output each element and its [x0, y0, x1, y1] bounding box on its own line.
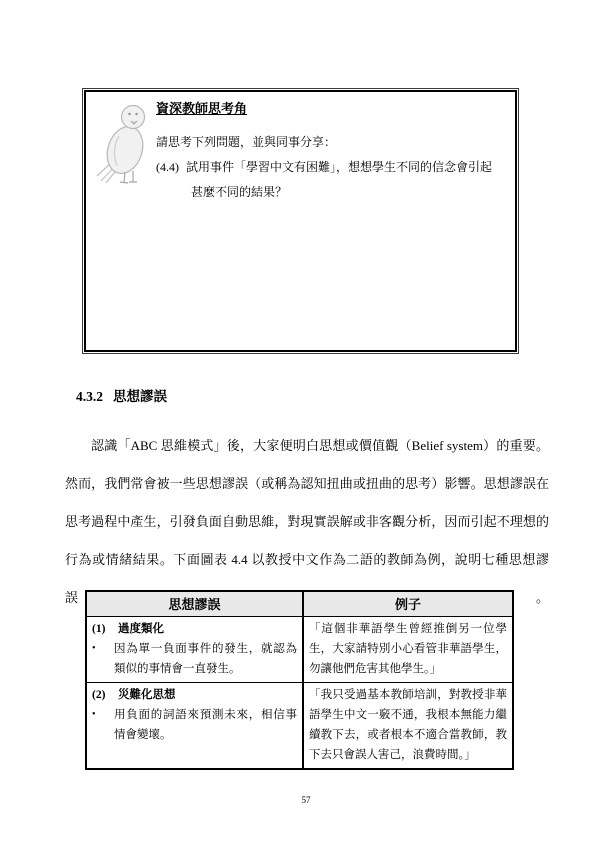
body-paragraph: 認識「ABC 思維模式」後，大家便明白思想或價值觀（Belief system）…: [65, 427, 549, 617]
fallacy-title: 過度類化: [118, 619, 164, 639]
bullet-icon: •: [92, 639, 114, 679]
question-number: (4.4): [156, 160, 179, 174]
fallacy-cell: (1) 過度類化 • 因為單一負面事件的發生，就認為類似的事情會一直發生。: [86, 616, 303, 682]
fallacy-title-row: (1) 過度類化: [92, 619, 297, 639]
section-heading: 4.3.2思想謬誤: [76, 385, 167, 405]
section-title: 思想謬誤: [113, 389, 167, 404]
thinking-box-intro: 請思考下列問題，並與同事分享：: [156, 130, 507, 155]
thinking-box-title: 資深教師思考角: [156, 100, 247, 117]
paragraph-line: 思考過程中產生，引發負面自動思維，對現實誤解或非客觀分析，因而引起不理想的: [65, 503, 549, 541]
fallacy-number: (1): [92, 619, 118, 639]
fallacy-title-row: (2) 災難化思想: [92, 685, 297, 705]
bullet-icon: •: [92, 705, 114, 745]
fallacy-description: 因為單一負面事件的發生，就認為類似的事情會一直發生。: [114, 639, 297, 679]
table-row: (2) 災難化思想 • 用負面的詞語來預測未來，相信事情會變壞。 「我只受過基本…: [86, 682, 513, 769]
example-text: 「我只受過基本教師培訓，對教授非華語學生中文一竅不通，我根本無能力繼續教下去，或…: [309, 685, 507, 765]
fallacy-table: 思想謬誤 例子 (1) 過度類化 • 因為單一負面事件的發生，就認為類似的事情會…: [85, 590, 514, 770]
question-text-continued: 甚麼不同的結果？: [156, 180, 507, 205]
question-text: 試用事件「學習中文有困難」，想想學生不同的信念會引起: [186, 160, 492, 174]
paragraph-line: 然而，我們常會被一些思想謬誤（或稱為認知扭曲或扭曲的思考）影響。思想謬誤在: [65, 465, 549, 503]
thinking-box-question: (4.4)試用事件「學習中文有困難」，想想學生不同的信念會引起: [156, 155, 507, 180]
fallacy-number: (2): [92, 685, 118, 705]
section-number: 4.3.2: [76, 389, 103, 404]
fallacy-description-row: • 用負面的詞語來預測未來，相信事情會變壞。: [92, 705, 297, 745]
table-header-row: 思想謬誤 例子: [86, 591, 513, 616]
fallacy-title: 災難化思想: [118, 685, 176, 705]
example-cell: 「我只受過基本教師培訓，對教授非華語學生中文一竅不通，我根本無能力繼續教下去，或…: [303, 682, 513, 769]
example-text: 「這個非華語學生曾經推倒另一位學生，大家請特別小心看管非華語學生，勿讓他們危害其…: [309, 619, 507, 679]
column-header-fallacy: 思想謬誤: [86, 591, 303, 616]
bird-sketch-icon: [92, 102, 162, 188]
example-cell: 「這個非華語學生曾經推倒另一位學生，大家請特別小心看管非華語學生，勿讓他們危害其…: [303, 616, 513, 682]
fallacy-cell: (2) 災難化思想 • 用負面的詞語來預測未來，相信事情會變壞。: [86, 682, 303, 769]
table-row: (1) 過度類化 • 因為單一負面事件的發生，就認為類似的事情會一直發生。 「這…: [86, 616, 513, 682]
page-number: 57: [0, 795, 612, 805]
fallacy-description-row: • 因為單一負面事件的發生，就認為類似的事情會一直發生。: [92, 639, 297, 679]
column-header-example: 例子: [303, 591, 513, 616]
document-page: 資深教師思考角 請思考下列問題，並與同事分享： (4.4)試用事件「學習中文有困…: [0, 0, 612, 858]
teacher-thinking-box-inner: 資深教師思考角 請思考下列問題，並與同事分享： (4.4)試用事件「學習中文有困…: [84, 90, 517, 352]
thinking-box-content: 資深教師思考角 請思考下列問題，並與同事分享： (4.4)試用事件「學習中文有困…: [156, 100, 507, 205]
teacher-thinking-box: 資深教師思考角 請思考下列問題，並與同事分享： (4.4)試用事件「學習中文有困…: [82, 88, 519, 354]
fallacy-description: 用負面的詞語來預測未來，相信事情會變壞。: [114, 705, 297, 745]
paragraph-line: 認識「ABC 思維模式」後，大家便明白思想或價值觀（Belief system）…: [65, 427, 549, 465]
